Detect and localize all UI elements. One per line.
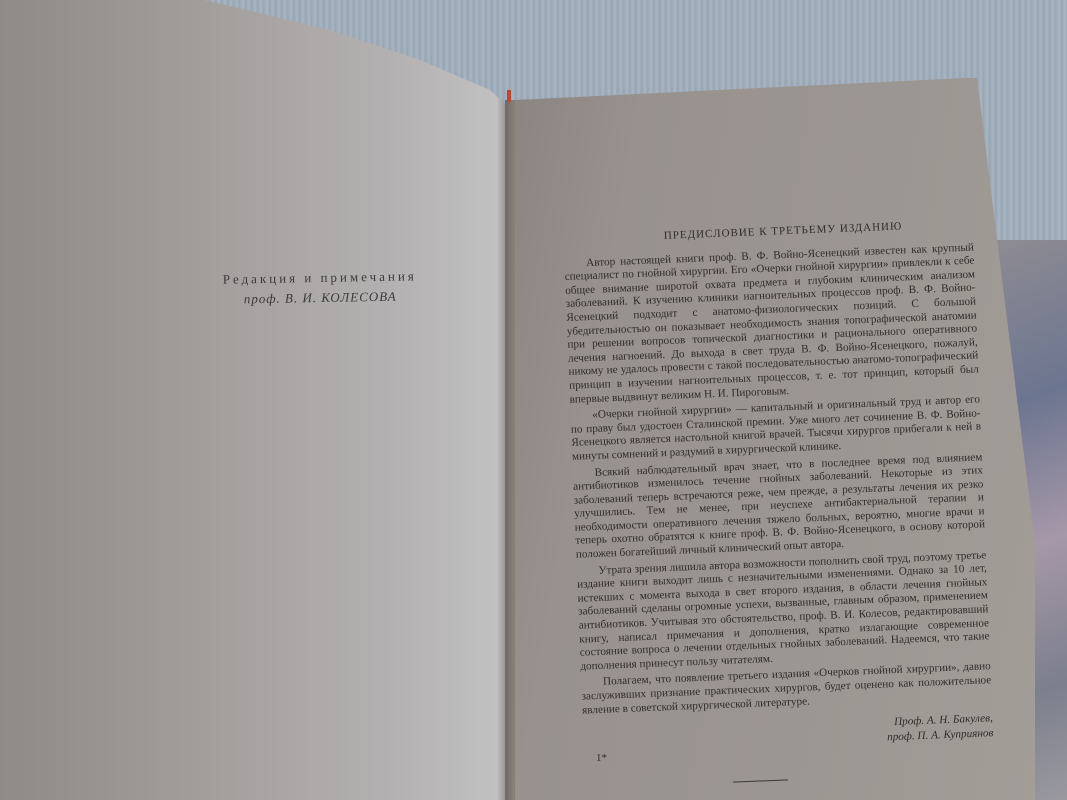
paragraph: Утрата зрения лишила автора возможности …: [576, 549, 990, 674]
signature: Проф. А. Н. Бакулев, проф. П. А. Куприян…: [583, 711, 994, 757]
credit-line-1: Редакция и примечания: [200, 266, 440, 290]
left-book-page: [0, 0, 512, 800]
editor-credit: Редакция и примечания проф. В. И. КОЛЕСО…: [200, 266, 441, 310]
bookmark-ribbon: [507, 90, 511, 102]
page-number: 1*: [596, 752, 607, 764]
credit-line-2: проф. В. И. КОЛЕСОВА: [200, 286, 440, 310]
paragraph: Всякий наблюдательный врач знает, что в …: [572, 451, 985, 563]
paragraph: Автор настоящей книги проф. В. Ф. Войно-…: [564, 241, 980, 407]
preface-text: ПРЕДИСЛОВИЕ К ТРЕТЬЕМУ ИЗДАНИЮ Автор нас…: [563, 218, 995, 789]
